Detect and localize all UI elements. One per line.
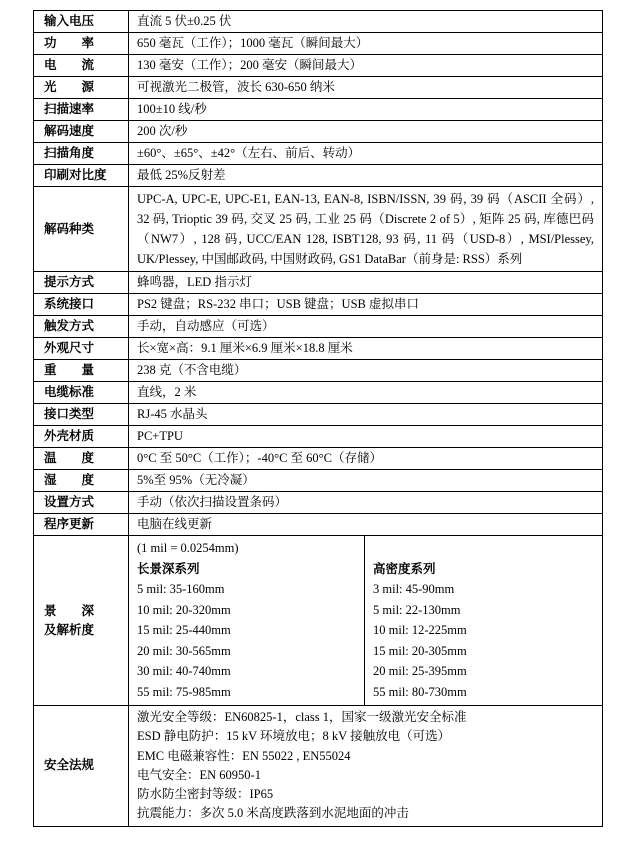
table-row: 温 度 0°C 至 50°C（工作）；-40°C 至 60°C（存储）	[34, 448, 603, 470]
spec-value: 蜂鸣器，LED 指示灯	[129, 272, 603, 294]
table-row: 设置方式 手动（依次扫描设置条码）	[34, 492, 603, 514]
blank-line	[373, 538, 594, 559]
spec-value: 长×宽×高：9.1 厘米×6.9 厘米×18.8 厘米	[129, 338, 603, 360]
table-row: 电缆标准 直线，2 米	[34, 382, 603, 404]
table-row: 重 量 238 克（不含电缆）	[34, 360, 603, 382]
spec-label: 外观尺寸	[34, 338, 129, 360]
table-row: 系统接口 PS2 键盘；RS-232 串口；USB 键盘；USB 虚拟串口	[34, 294, 603, 316]
spec-label: 设置方式	[34, 492, 129, 514]
spec-label: 温 度	[34, 448, 129, 470]
table-row: 解码种类 UPC-A, UPC-E, UPC-E1, EAN-13, EAN-8…	[34, 187, 603, 272]
table-row: 解码速度 200 次/秒	[34, 121, 603, 143]
spec-label: 系统接口	[34, 294, 129, 316]
spec-value: 238 克（不含电缆）	[129, 360, 603, 382]
table-row: 扫描角度 ±60°、±65°、±42°（左右、前后、转动）	[34, 143, 603, 165]
depth-item: 10 mil: 20-320mm	[137, 600, 356, 621]
spec-value: PC+TPU	[129, 426, 603, 448]
spec-value: RJ-45 水晶头	[129, 404, 603, 426]
spec-value: 手动（依次扫描设置条码）	[129, 492, 603, 514]
spec-label: 景 深 及解析度	[34, 536, 129, 706]
spec-label: 接口类型	[34, 404, 129, 426]
spec-value: 5%至 95%（无冷凝）	[129, 470, 603, 492]
spec-label: 触发方式	[34, 316, 129, 338]
table-row: 外观尺寸 长×宽×高：9.1 厘米×6.9 厘米×18.8 厘米	[34, 338, 603, 360]
table-row: 湿 度 5%至 95%（无冷凝）	[34, 470, 603, 492]
depth-item: 20 mil: 30-565mm	[137, 641, 356, 662]
spec-value: 200 次/秒	[129, 121, 603, 143]
spec-label: 湿 度	[34, 470, 129, 492]
depth-item: 15 mil: 25-440mm	[137, 620, 356, 641]
depth-item: 5 mil: 35-160mm	[137, 579, 356, 600]
spec-label: 电缆标准	[34, 382, 129, 404]
safety-item: 电气安全：EN 60950-1	[137, 766, 594, 785]
table-row: 印刷对比度 最低 25%反射差	[34, 165, 603, 187]
spec-label: 程序更新	[34, 514, 129, 536]
spec-value: 手动，自动感应（可选）	[129, 316, 603, 338]
spec-value: PS2 键盘；RS-232 串口；USB 键盘；USB 虚拟串口	[129, 294, 603, 316]
spec-label: 电 流	[34, 55, 129, 77]
table-row: 输入电压 直流 5 伏±0.25 伏	[34, 11, 603, 33]
spec-value: ±60°、±65°、±42°（左右、前后、转动）	[129, 143, 603, 165]
safety-item: 抗震能力：多次 5.0 米高度跌落到水泥地面的冲击	[137, 804, 594, 823]
table-row: 扫描速率 100±10 线/秒	[34, 99, 603, 121]
spec-label: 外壳材质	[34, 426, 129, 448]
complex-rows: 景 深 及解析度 (1 mil = 0.0254mm) 长景深系列 5 mil:…	[34, 536, 603, 827]
spec-label: 功 率	[34, 33, 129, 55]
depth-item: 55 mil: 75-985mm	[137, 682, 356, 703]
spec-label: 提示方式	[34, 272, 129, 294]
spec-value: 激光安全等级：EN60825-1，class 1，国家一级激光安全标准 ESD …	[129, 706, 603, 827]
depth-item: 20 mil: 25-395mm	[373, 661, 594, 682]
spec-value: 可视激光二极管，波长 630-650 纳米	[129, 77, 603, 99]
depth-item: 3 mil: 45-90mm	[373, 579, 594, 600]
table-row: 程序更新 电脑在线更新	[34, 514, 603, 536]
spec-value: 电脑在线更新	[129, 514, 603, 536]
spec-value: 最低 25%反射差	[129, 165, 603, 187]
spec-value: 650 毫瓦（工作）；1000 毫瓦（瞬间最大）	[129, 33, 603, 55]
spec-label: 扫描角度	[34, 143, 129, 165]
spec-value: 0°C 至 50°C（工作）；-40°C 至 60°C（存储）	[129, 448, 603, 470]
table-row: 触发方式 手动，自动感应（可选）	[34, 316, 603, 338]
long-depth-series-column: (1 mil = 0.0254mm) 长景深系列 5 mil: 35-160mm…	[129, 536, 364, 705]
spec-label: 解码种类	[34, 187, 129, 272]
spec-label: 印刷对比度	[34, 165, 129, 187]
depth-item: 55 mil: 80-730mm	[373, 682, 594, 703]
spec-value: UPC-A, UPC-E, UPC-E1, EAN-13, EAN-8, ISB…	[129, 187, 603, 272]
table-row: 功 率 650 毫瓦（工作）；1000 毫瓦（瞬间最大）	[34, 33, 603, 55]
safety-regulations-row: 安全法规 激光安全等级：EN60825-1，class 1，国家一级激光安全标准…	[34, 706, 603, 827]
safety-item: ESD 静电防护：15 kV 环境放电；8 kV 接触放电（可选）	[137, 727, 594, 746]
depth-of-field-row: 景 深 及解析度 (1 mil = 0.0254mm) 长景深系列 5 mil:…	[34, 536, 603, 706]
table-row: 电 流 130 毫安（工作）；200 毫安（瞬间最大）	[34, 55, 603, 77]
spec-label: 光 源	[34, 77, 129, 99]
safety-item: EMC 电磁兼容性：EN 55022 , EN55024	[137, 747, 594, 766]
spec-label: 解码速度	[34, 121, 129, 143]
spec-value: 100±10 线/秒	[129, 99, 603, 121]
mil-conversion-note: (1 mil = 0.0254mm)	[137, 538, 356, 559]
table-row: 提示方式 蜂鸣器，LED 指示灯	[34, 272, 603, 294]
spec-value: (1 mil = 0.0254mm) 长景深系列 5 mil: 35-160mm…	[129, 536, 603, 706]
spec-value: 130 毫安（工作）；200 毫安（瞬间最大）	[129, 55, 603, 77]
high-density-series-column: 高密度系列 3 mil: 45-90mm 5 mil: 22-130mm 10 …	[364, 536, 602, 705]
table-row: 光 源 可视激光二极管，波长 630-650 纳米	[34, 77, 603, 99]
depth-item: 30 mil: 40-740mm	[137, 661, 356, 682]
spec-value: 直线，2 米	[129, 382, 603, 404]
long-depth-series-header: 长景深系列	[137, 559, 356, 580]
spec-label: 扫描速率	[34, 99, 129, 121]
spec-label: 输入电压	[34, 11, 129, 33]
depth-item: 5 mil: 22-130mm	[373, 600, 594, 621]
table-row: 接口类型 RJ-45 水晶头	[34, 404, 603, 426]
spec-rows: 输入电压 直流 5 伏±0.25 伏 功 率 650 毫瓦（工作）；1000 毫…	[34, 11, 603, 536]
depth-item: 15 mil: 20-305mm	[373, 641, 594, 662]
high-density-series-header: 高密度系列	[373, 559, 594, 580]
table-row: 外壳材质 PC+TPU	[34, 426, 603, 448]
spec-label: 安全法规	[34, 706, 129, 827]
depth-item: 10 mil: 12-225mm	[373, 620, 594, 641]
spec-table: 输入电压 直流 5 伏±0.25 伏 功 率 650 毫瓦（工作）；1000 毫…	[33, 10, 603, 827]
safety-item: 激光安全等级：EN60825-1，class 1，国家一级激光安全标准	[137, 708, 594, 727]
depth-grid: (1 mil = 0.0254mm) 长景深系列 5 mil: 35-160mm…	[129, 536, 602, 705]
spec-label: 重 量	[34, 360, 129, 382]
safety-item: 防水防尘密封等级：IP65	[137, 785, 594, 804]
spec-value: 直流 5 伏±0.25 伏	[129, 11, 603, 33]
